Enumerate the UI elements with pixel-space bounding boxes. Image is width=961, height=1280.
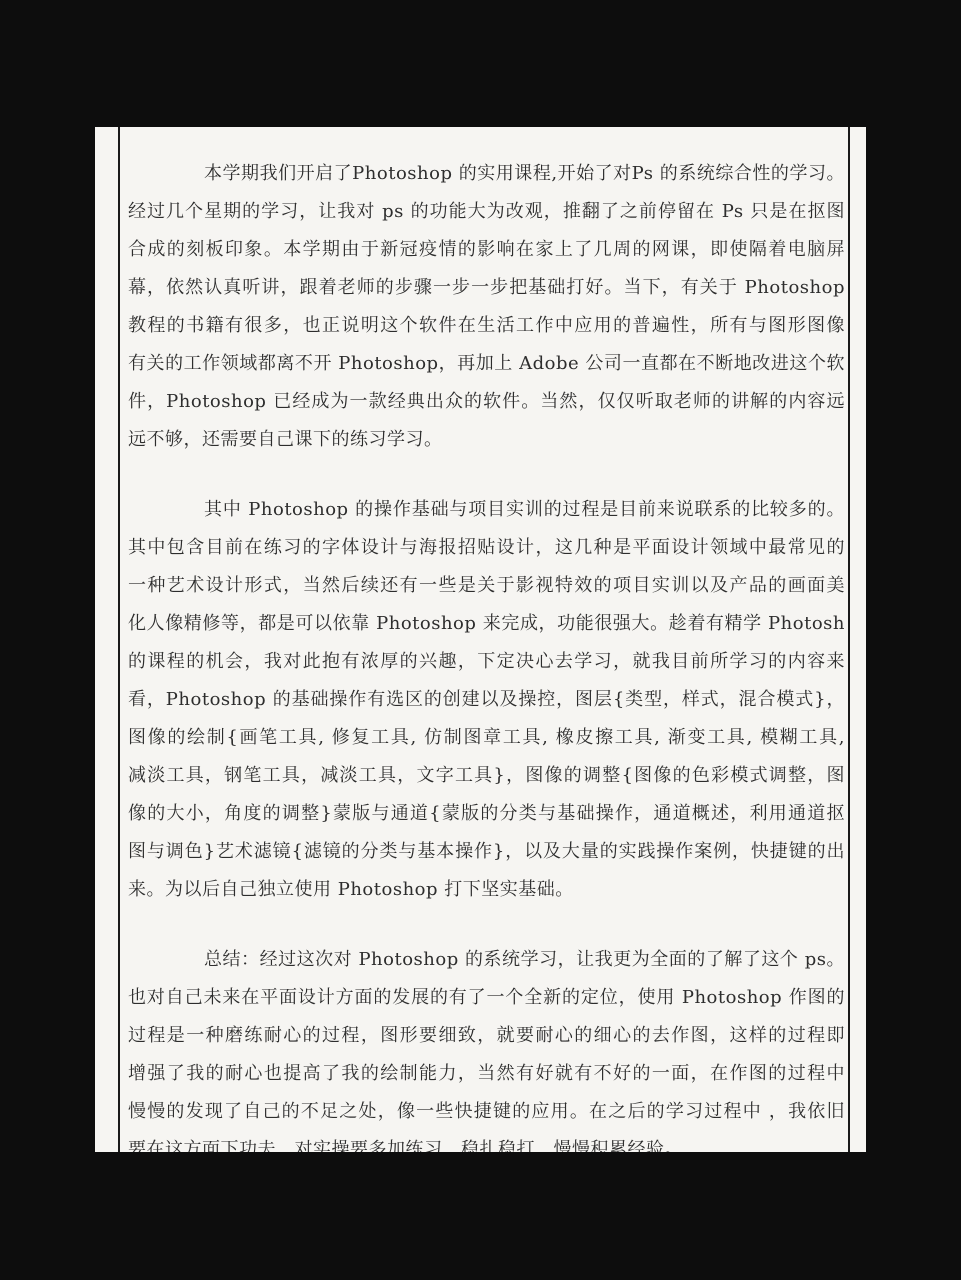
document-page: 本学期我们开启了Photoshop 的实用课程,开始了对Ps 的系统综合性的学习…	[95, 127, 866, 1152]
scan-background: 本学期我们开启了Photoshop 的实用课程,开始了对Ps 的系统综合性的学习…	[0, 0, 961, 1280]
table-border-left	[118, 127, 120, 1152]
text-line: 本学期我们开启了Photoshop 的实用课程,开始了对Ps 的系统综合性的学习…	[128, 155, 845, 193]
text-line: 增强了我的耐心也提高了我的绘制能力，当然有好就有不好的一面，在作图的过程中	[128, 1055, 845, 1093]
paragraph: 其中 Photoshop 的操作基础与项目实训的过程是目前来说联系的比较多的。其…	[128, 491, 845, 909]
text-line: 减淡工具，钢笔工具，减淡工具，文字工具}，图像的调整{图像的色彩模式调整，图	[128, 757, 845, 795]
table-border-right	[848, 127, 850, 1152]
text-line: 件，Photoshop 已经成为一款经典出众的软件。当然，仅仅听取老师的讲解的内…	[128, 383, 845, 421]
text-line: 经过几个星期的学习，让我对 ps 的功能大为改观，推翻了之前停留在 Ps 只是在…	[128, 193, 845, 231]
text-line: 教程的书籍有很多，也正说明这个软件在生活工作中应用的普遍性，所有与图形图像	[128, 307, 845, 345]
text-line: 过程是一种磨练耐心的过程，图形要细致，就要耐心的细心的去作图，这样的过程即	[128, 1017, 845, 1055]
text-line: 也对自己未来在平面设计方面的发展的有了一个全新的定位，使用 Photoshop …	[128, 979, 845, 1017]
text-line: 一种艺术设计形式，当然后续还有一些是关于影视特效的项目实训以及产品的画面美	[128, 567, 845, 605]
text-line: 有关的工作领域都离不开 Photoshop，再加上 Adobe 公司一直都在不断…	[128, 345, 845, 383]
paragraph: 总结：经过这次对 Photoshop 的系统学习，让我更为全面的了解了这个 ps…	[128, 941, 845, 1152]
text-line: 远不够，还需要自己课下的练习学习。	[128, 421, 845, 459]
text-line: 其中包含目前在练习的字体设计与海报招贴设计，这几种是平面设计领域中最常见的	[128, 529, 845, 567]
document-body: 本学期我们开启了Photoshop 的实用课程,开始了对Ps 的系统综合性的学习…	[128, 155, 845, 1152]
text-line: 图与调色}艺术滤镜{滤镜的分类与基本操作}，以及大量的实践操作案例，快捷键的出	[128, 833, 845, 871]
text-line: 化人像精修等，都是可以依靠 Photoshop 来完成，功能很强大。趁着有精学 …	[128, 605, 845, 643]
text-line: 来。为以后自己独立使用 Photoshop 打下坚实基础。	[128, 871, 845, 909]
text-line: 其中 Photoshop 的操作基础与项目实训的过程是目前来说联系的比较多的。	[128, 491, 845, 529]
text-line: 看，Photoshop 的基础操作有选区的创建以及操控，图层{类型，样式，混合模…	[128, 681, 845, 719]
paragraph: 本学期我们开启了Photoshop 的实用课程,开始了对Ps 的系统综合性的学习…	[128, 155, 845, 459]
text-line: 慢慢的发现了自己的不足之处，像一些快捷键的应用。在之后的学习过程中 ，我依旧	[128, 1093, 845, 1131]
text-line: 合成的刻板印象。本学期由于新冠疫情的影响在家上了几周的网课，即使隔着电脑屏	[128, 231, 845, 269]
text-line: 要在这方面下功夫，对实操要多加练习，稳扎稳打，慢慢积累经验。	[128, 1131, 845, 1152]
text-line: 幕，依然认真听讲，跟着老师的步骤一步一步把基础打好。当下，有关于 Photosh…	[128, 269, 845, 307]
text-line: 总结：经过这次对 Photoshop 的系统学习，让我更为全面的了解了这个 ps…	[128, 941, 845, 979]
text-line: 图像的绘制{画笔工具, 修复工具, 仿制图章工具, 橡皮擦工具, 渐变工具, 模…	[128, 719, 845, 757]
text-line: 像的大小，角度的调整}蒙版与通道{蒙版的分类与基础操作，通道概述，利用通道抠	[128, 795, 845, 833]
text-line: 的课程的机会，我对此抱有浓厚的兴趣，下定决心去学习，就我目前所学习的内容来	[128, 643, 845, 681]
